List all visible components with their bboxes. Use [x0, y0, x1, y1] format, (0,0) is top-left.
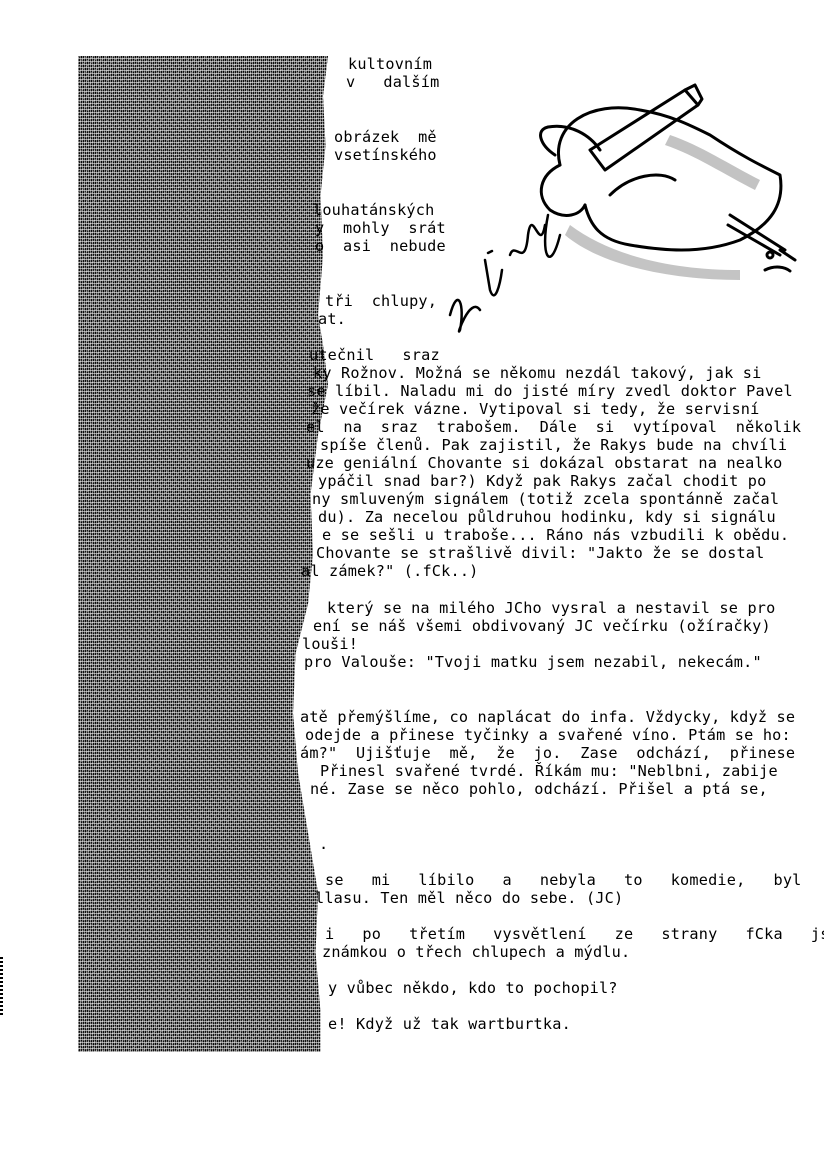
text-line: v dalším	[346, 73, 439, 91]
text-line: at.	[318, 310, 346, 328]
text-line: o asi nebude	[315, 237, 446, 255]
text-line: y vůbec někdo, kdo to pochopil?	[328, 979, 618, 997]
text-line: Přinesl svařené tvrdé. Říkám mu: "Neblbn…	[320, 762, 778, 780]
text-line: llasu. Ten měl něco do sebe. (JC)	[315, 889, 623, 907]
text-line: obrázek mě	[334, 128, 437, 146]
text-line: tři chlupy,	[325, 292, 437, 310]
text-line: se líbil. Naladu mi do jisté míry zvedl …	[307, 382, 793, 400]
text-line: du). Za necelou půldruhou hodinku, kdy s…	[318, 508, 776, 526]
text-line: utečnil sraz	[309, 346, 440, 364]
text-line: y mohly srát	[315, 219, 446, 237]
text-line: ypáčil snad bar?) Když pak Rakys začal c…	[318, 472, 767, 490]
text-line: se mi líbilo a nebyla to komedie, byl	[325, 871, 802, 889]
text-line: .	[319, 835, 328, 853]
text-line: atě přemýšlíme, co naplácat do infa. Vžd…	[300, 708, 795, 726]
text-line: al zámek?" (.fCk..)	[301, 562, 479, 580]
scanned-page: kultovním v dalším obrázek mě vsetínskéh…	[0, 0, 824, 1150]
text-line: e se sešli u traboše... Ráno nás vzbudil…	[322, 526, 789, 544]
text-line: né. Zase se něco pohlo, odchází. Přišel …	[310, 780, 768, 798]
text-line: uze geniální Chovante si dokázal obstara…	[306, 454, 783, 472]
text-line: el na sraz trabošem. Dále si vytípoval n…	[306, 418, 801, 436]
text-line: louši!	[302, 635, 358, 653]
text-line: ám?" Ujišťuje mě, že jo. Zase odchází, p…	[300, 744, 795, 762]
text-line: ny smluveným signálem (totiž zcela spont…	[312, 490, 779, 508]
text-line: ky Rožnov. Možná se někomu nezdál takový…	[313, 364, 762, 382]
text-line: odejde a přinese tyčinky a svařené víno.…	[305, 726, 791, 744]
text-line: pro Valouše: "Tvoji matku jsem nezabil, …	[304, 653, 762, 671]
text-line: ení se náš všemi obdivovaný JC večírku (…	[313, 617, 771, 635]
text-line: vsetínského	[334, 146, 437, 164]
text-line: který se na milého JCho vysral a nestavi…	[327, 599, 776, 617]
text-line: Chovante se strašlivě divil: "Jakto že s…	[316, 544, 765, 562]
text-line: e! Když už tak wartburtka.	[328, 1015, 571, 1033]
text-line: kultovním	[348, 55, 432, 73]
text-line: známkou o třech chlupech a mýdlu.	[322, 943, 630, 961]
hand-writing-illustration	[440, 55, 800, 345]
noise-redaction-block	[78, 56, 328, 1052]
scan-edge-mark	[0, 955, 3, 1015]
text-line: louhatánských	[313, 201, 434, 219]
text-line: spíše členů. Pak zajistil, že Rakys bude…	[320, 436, 787, 454]
text-line: i po třetím vysvětlení ze strany fCka js…	[325, 925, 824, 943]
text-line: že večírek vázne. Vytipoval si tedy, že …	[311, 400, 760, 418]
